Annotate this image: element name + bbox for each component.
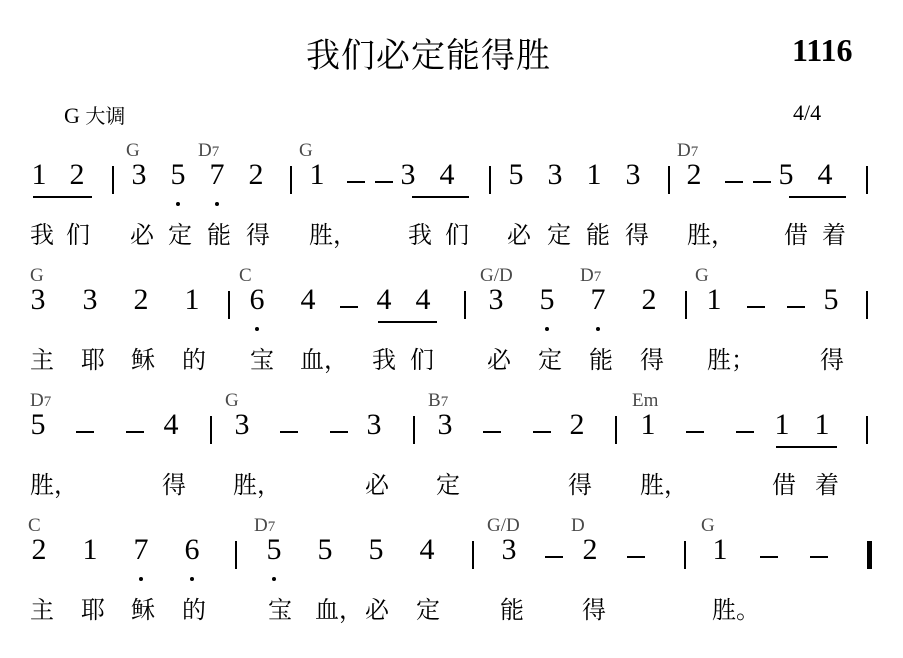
note: 1	[307, 158, 327, 192]
hymn-title: 我们必定能得胜	[306, 28, 551, 77]
note: 2	[639, 283, 659, 317]
lyric-syllable: 耶	[81, 590, 105, 625]
note: 2	[67, 158, 87, 192]
lower-octave-dot	[139, 577, 143, 581]
note: 3	[364, 408, 384, 442]
lyric-syllable: 得	[162, 465, 186, 500]
barline	[112, 166, 114, 194]
note: 6	[182, 533, 202, 567]
lyric-syllable: 我	[408, 215, 432, 250]
note: 3	[28, 283, 48, 317]
note: 5	[506, 158, 526, 192]
barline	[464, 291, 466, 319]
barline	[489, 166, 491, 194]
lower-octave-dot	[272, 577, 276, 581]
lyric-syllable: 我	[372, 340, 396, 375]
sustain-dash	[787, 306, 805, 308]
sustain-dash	[76, 431, 94, 433]
lyric-syllable: 们	[410, 340, 434, 375]
key-label: 大调	[85, 106, 125, 128]
eighth-note-underline	[33, 196, 92, 198]
lyric-syllable: 宝	[268, 590, 292, 625]
note: 5	[537, 283, 557, 317]
lower-octave-dot	[190, 577, 194, 581]
note: 3	[435, 408, 455, 442]
lyric-syllable: 们	[445, 215, 469, 250]
note: 3	[623, 158, 643, 192]
note: 1	[638, 408, 658, 442]
barline	[235, 541, 237, 569]
lyric-syllable: 血，	[315, 590, 363, 625]
sustain-dash	[725, 181, 743, 183]
sustain-dash	[736, 431, 754, 433]
lyric-syllable: 着	[822, 215, 846, 250]
lyric-syllable: 着	[815, 465, 839, 500]
lyric-syllable: 能	[586, 215, 610, 250]
barline	[685, 291, 687, 319]
lower-octave-dot	[545, 327, 549, 331]
lyric-syllable: 借	[772, 465, 796, 500]
eighth-note-underline	[378, 321, 437, 323]
eighth-note-underline	[412, 196, 469, 198]
note: 1	[704, 283, 724, 317]
note: 7	[131, 533, 151, 567]
note: 7	[588, 283, 608, 317]
note: 4	[437, 158, 457, 192]
key-signature: G 大调	[64, 100, 125, 129]
sustain-dash	[375, 181, 393, 183]
sustain-dash	[627, 556, 645, 558]
lyric-syllable: 胜；	[707, 340, 755, 375]
lyric-syllable: 得	[582, 590, 606, 625]
sustain-dash	[810, 556, 828, 558]
lyric-syllable: 定	[547, 215, 571, 250]
eighth-note-underline	[776, 446, 837, 448]
note: 4	[161, 408, 181, 442]
note: 5	[315, 533, 335, 567]
lower-octave-dot	[255, 327, 259, 331]
barline	[668, 166, 670, 194]
barline	[210, 416, 212, 444]
note: 5	[776, 158, 796, 192]
sustain-dash	[545, 556, 563, 558]
barline	[866, 291, 868, 319]
note: 2	[29, 533, 49, 567]
lyric-syllable: 得	[568, 465, 592, 500]
note: 2	[131, 283, 151, 317]
note: 3	[129, 158, 149, 192]
lyric-syllable: 必	[130, 215, 154, 250]
final-barline	[867, 541, 872, 569]
barline	[228, 291, 230, 319]
lyric-syllable: 胜，	[309, 215, 357, 250]
note: 1	[80, 533, 100, 567]
note: 5	[28, 408, 48, 442]
lyric-syllable: 必	[365, 590, 389, 625]
lyric-syllable: 能	[500, 590, 524, 625]
lyric-syllable: 能	[207, 215, 231, 250]
lower-octave-dot	[596, 327, 600, 331]
sustain-dash	[330, 431, 348, 433]
lyric-syllable: 得	[246, 215, 270, 250]
note: 2	[246, 158, 266, 192]
lyric-syllable: 胜，	[30, 465, 78, 500]
lyric-syllable: 必	[365, 465, 389, 500]
note: 5	[264, 533, 284, 567]
note: 5	[821, 283, 841, 317]
lyric-syllable: 我	[30, 215, 54, 250]
lower-octave-dot	[176, 202, 180, 206]
note: 4	[815, 158, 835, 192]
lyric-syllable: 定	[416, 590, 440, 625]
barline	[866, 416, 868, 444]
lyric-syllable: 能	[589, 340, 613, 375]
lyric-syllable: 得	[625, 215, 649, 250]
lyric-syllable: 稣	[131, 590, 155, 625]
note: 2	[684, 158, 704, 192]
note: 3	[486, 283, 506, 317]
note: 1	[29, 158, 49, 192]
note: 4	[417, 533, 437, 567]
sustain-dash	[747, 306, 765, 308]
sustain-dash	[126, 431, 144, 433]
barline	[472, 541, 474, 569]
sustain-dash	[280, 431, 298, 433]
lyric-syllable: 主	[30, 340, 54, 375]
note: 3	[232, 408, 252, 442]
note: 4	[298, 283, 318, 317]
lyric-syllable: 胜，	[233, 465, 281, 500]
note: 7	[207, 158, 227, 192]
note: 6	[247, 283, 267, 317]
note: 1	[584, 158, 604, 192]
score-row: CD7G/DDG21765554321主耶稣的宝血，必定能得胜。	[0, 515, 903, 635]
score-row: GCG/DD7G33216444357215主耶稣的宝血，我们必定能得胜；得	[0, 265, 903, 385]
lyric-syllable: 定	[538, 340, 562, 375]
sustain-dash	[340, 306, 358, 308]
lyric-syllable: 借	[784, 215, 808, 250]
note: 2	[580, 533, 600, 567]
lyric-syllable: 定	[168, 215, 192, 250]
lyric-syllable: 胜，	[687, 215, 735, 250]
barline	[684, 541, 686, 569]
note: 3	[80, 283, 100, 317]
note: 1	[182, 283, 202, 317]
note: 5	[168, 158, 188, 192]
lyric-syllable: 主	[30, 590, 54, 625]
lyric-syllable: 得	[820, 340, 844, 375]
sustain-dash	[753, 181, 771, 183]
note: 1	[772, 408, 792, 442]
note: 1	[710, 533, 730, 567]
sustain-dash	[686, 431, 704, 433]
note: 4	[413, 283, 433, 317]
score-row: D7GB7Em543332111胜，得胜，必定得胜，借着	[0, 390, 903, 510]
sustain-dash	[533, 431, 551, 433]
lyric-syllable: 们	[66, 215, 90, 250]
barline	[413, 416, 415, 444]
lyric-syllable: 稣	[131, 340, 155, 375]
lyric-syllable: 胜，	[640, 465, 688, 500]
key-letter: G	[64, 103, 80, 128]
lyric-syllable: 必	[507, 215, 531, 250]
lyric-syllable: 的	[182, 590, 206, 625]
lyric-syllable: 定	[436, 465, 460, 500]
time-signature: 4/4	[793, 100, 821, 126]
note: 3	[545, 158, 565, 192]
sustain-dash	[760, 556, 778, 558]
note: 4	[374, 283, 394, 317]
lyric-syllable: 的	[182, 340, 206, 375]
sustain-dash	[483, 431, 501, 433]
note: 3	[499, 533, 519, 567]
note: 1	[812, 408, 832, 442]
hymn-number: 1116	[792, 32, 852, 69]
lyric-syllable: 宝	[250, 340, 274, 375]
lyric-syllable: 耶	[81, 340, 105, 375]
sustain-dash	[347, 181, 365, 183]
barline	[290, 166, 292, 194]
score-row: GD7GD71235721345313254我们必定能得胜，我们必定能得胜，借着	[0, 140, 903, 260]
lyric-syllable: 必	[487, 340, 511, 375]
lyric-syllable: 得	[640, 340, 664, 375]
barline	[866, 166, 868, 194]
lyric-syllable: 血，	[300, 340, 348, 375]
note: 2	[567, 408, 587, 442]
lyric-syllable: 胜。	[712, 590, 760, 625]
note: 3	[398, 158, 418, 192]
lower-octave-dot	[215, 202, 219, 206]
eighth-note-underline	[789, 196, 846, 198]
barline	[615, 416, 617, 444]
note: 5	[366, 533, 386, 567]
